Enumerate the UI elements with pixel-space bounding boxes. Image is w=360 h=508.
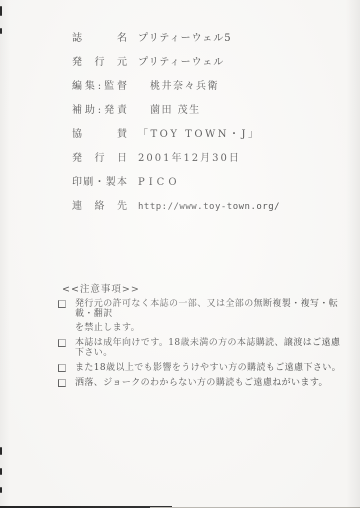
notice-line: また18歳以上でも影響をうけやすい方の購読もご遠慮下さい。 (75, 363, 341, 373)
notice-item-text: 洒落、ジョークのわからない方の購読もご遠慮ねがいます。 (75, 378, 328, 388)
row-value: 桃井奈々兵衛 (150, 81, 219, 92)
colophon-row-sponsor: 協賛 「TOY TOWN・J」 (72, 129, 340, 140)
checkbox-icon (58, 379, 66, 387)
notice-line: 洒落、ジョークのわからない方の購読もご遠慮ねがいます。 (75, 378, 328, 388)
notice-item: 発行元の許可なく本誌の一部、又は全部の無断複製・複写・転載・翻訳 を禁止します。 (58, 299, 346, 333)
scan-artifact (0, 447, 2, 455)
notice-title: <<注意事項>> (62, 281, 346, 295)
notice-line-continuation: を禁止します。 (75, 323, 346, 333)
row-value: 薗田 茂生 (150, 105, 201, 116)
row-label: 協賛 (72, 129, 128, 140)
row-label: 補助:発責 (72, 105, 128, 116)
notice-line: 本誌は成年向けです。18歳未満の方の本誌購読、譲渡はご遠慮下さい。 (75, 338, 340, 358)
notice-line: 発行元の許可なく本誌の一部、又は全部の無断複製・複写・転載・翻訳 (75, 299, 338, 319)
scan-artifact (0, 28, 2, 34)
colophon-row-title: 誌名 プリティーウェル5 (72, 33, 340, 44)
colophon-row-contact: 連絡先 http://www.toy-town.org/ (72, 201, 340, 213)
scan-artifact (0, 487, 2, 493)
row-value: プリティーウェル (138, 57, 224, 68)
scan-artifact (0, 468, 2, 475)
notice-item: 本誌は成年向けです。18歳未満の方の本誌購読、譲渡はご遠慮下さい。 (58, 338, 346, 358)
colophon-row-printer: 印刷・製本 PICO (72, 177, 340, 188)
colophon-row-publisher: 発行元 プリティーウェル (72, 57, 340, 68)
row-label: 発行元 (72, 57, 128, 68)
notice-item-text: 発行元の許可なく本誌の一部、又は全部の無断複製・複写・転載・翻訳 を禁止します。 (75, 299, 346, 333)
checkbox-icon (58, 339, 66, 347)
scan-artifact (0, 6, 2, 16)
notice-item: 洒落、ジョークのわからない方の購読もご遠慮ねがいます。 (58, 378, 346, 388)
row-label: 発行日 (72, 153, 128, 164)
row-value: 2001年12月30日 (138, 153, 241, 164)
row-label: 連絡先 (72, 201, 128, 212)
colophon-row-assistant: 補助:発責 薗田 茂生 (72, 105, 340, 116)
checkbox-icon (58, 300, 66, 308)
notice-item-text: 本誌は成年向けです。18歳未満の方の本誌購読、譲渡はご遠慮下さい。 (75, 338, 346, 358)
contact-url: http://www.toy-town.org/ (138, 202, 280, 213)
notice-item-text: また18歳以上でも影響をうけやすい方の購読もご遠慮下さい。 (75, 363, 341, 373)
colophon-row-date: 発行日 2001年12月30日 (72, 153, 340, 164)
row-value: プリティーウェル5 (138, 33, 232, 44)
row-label: 編集:監督 (72, 81, 128, 92)
notice-section: <<注意事項>> 発行元の許可なく本誌の一部、又は全部の無断複製・複写・転載・翻… (58, 281, 346, 393)
row-value: PICO (138, 177, 181, 188)
checkbox-icon (58, 364, 66, 372)
scanned-colophon-page: 誌名 プリティーウェル5 発行元 プリティーウェル 編集:監督 桃井奈々兵衛 補… (0, 0, 360, 508)
row-label: 印刷・製本 (72, 177, 128, 188)
notice-item: また18歳以上でも影響をうけやすい方の購読もご遠慮下さい。 (58, 363, 346, 373)
colophon-row-editor: 編集:監督 桃井奈々兵衛 (72, 81, 340, 92)
colophon-table: 誌名 プリティーウェル5 発行元 プリティーウェル 編集:監督 桃井奈々兵衛 補… (72, 33, 340, 226)
row-label: 誌名 (72, 33, 128, 44)
row-value: 「TOY TOWN・J」 (138, 129, 261, 140)
